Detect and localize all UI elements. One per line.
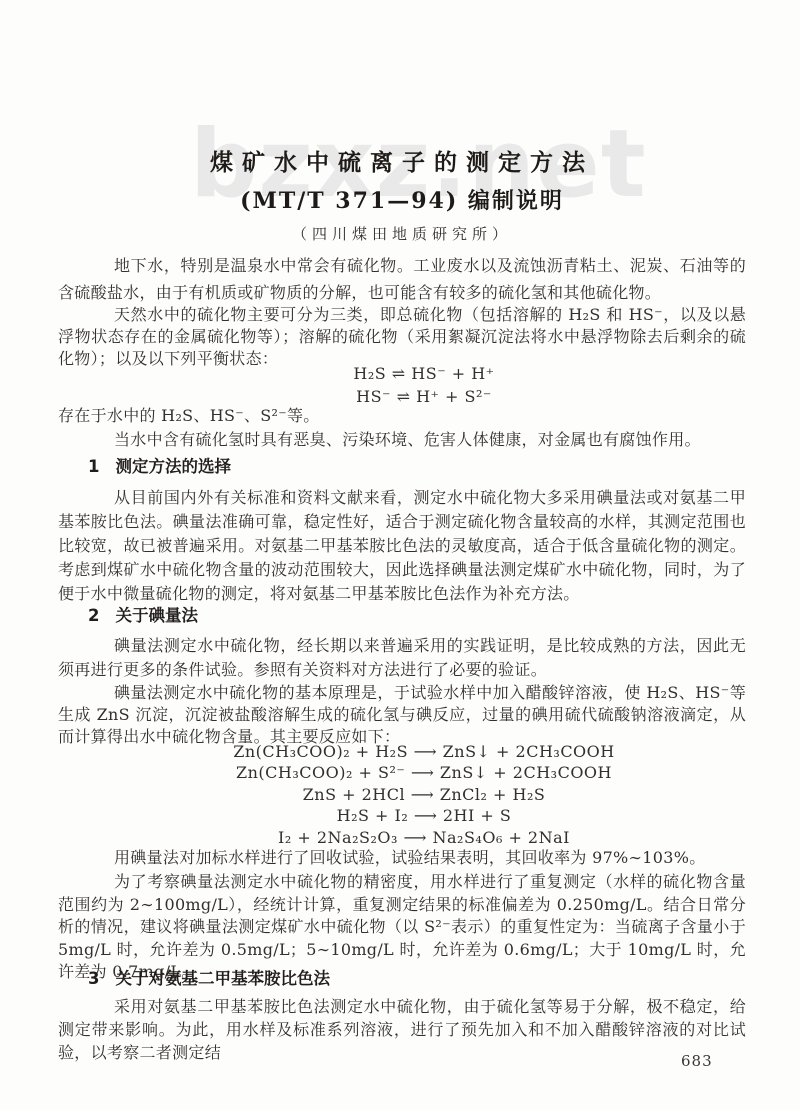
reaction-equation-4: H₂S + I₂ ⟶ 2HI + S	[80, 805, 768, 827]
document-title-line2: (MT/T 371—94) 编制说明	[58, 186, 746, 216]
reaction-equation-2: Zn(CH₃COO)₂ + S²⁻ ⟶ ZnS↓ + 2CH₃COOH	[80, 762, 768, 784]
document-page: bzxz.net 煤矿水中硫离子的测定方法 (MT/T 371—94) 编制说明…	[0, 0, 800, 1110]
document-title-line1: 煤矿水中硫离子的测定方法	[58, 148, 746, 178]
page-number: 683	[681, 1052, 713, 1070]
section-3-number: 3	[88, 967, 99, 991]
section-1-paragraph-1: 从目前国内外有关标准和资料文献来看，测定水中硫化物大多采用碘量法或对氨基二甲基苯…	[58, 486, 746, 606]
intro-paragraph-3: 存在于水中的 H₂S、HS⁻、S²⁻等。	[58, 405, 746, 427]
intro-paragraph-4: 当水中含有硫化氢时具有恶臭、污染环境、危害人体健康，对金属也有腐蚀作用。	[58, 429, 746, 451]
section-3-heading: 3关于对氨基二甲基苯胺比色法	[58, 967, 746, 991]
section-1-title: 测定方法的选择	[115, 457, 231, 476]
reaction-equation-3: ZnS + 2HCl ⟶ ZnCl₂ + H₂S	[80, 784, 768, 806]
section-2-paragraph-2: 碘量法测定水中硫化物的基本原理是，于试验水样中加入醋酸锌溶液，使 H₂S、HS⁻…	[58, 682, 746, 748]
section-1-heading: 1测定方法的选择	[58, 455, 746, 479]
equilibrium-equation-1: H₂S ⇌ HS⁻ + H⁺	[80, 363, 768, 385]
section-2-paragraph-1: 碘量法测定水中硫化物，经长期以来普遍采用的实践证明，是比较成熟的方法，因此无须再…	[58, 634, 746, 682]
section-1-number: 1	[88, 455, 99, 479]
section-2-number: 2	[88, 604, 99, 628]
section-3-title: 关于对氨基二甲基苯胺比色法	[115, 969, 330, 988]
intro-paragraph-1: 地下水，特别是温泉水中常会有硫化物。工业废水以及流蚀沥青粘土、泥炭、石油等的含硫…	[58, 252, 746, 306]
intro-paragraph-2: 天然水中的硫化物主要可分为三类，即总硫化物（包括溶解的 H₂S 和 HS⁻，以及…	[58, 304, 746, 370]
reaction-equation-5: I₂ + 2Na₂S₂O₃ ⟶ Na₂S₄O₆ + 2NaI	[80, 827, 768, 849]
section-2-title: 关于碘量法	[115, 606, 198, 625]
section-3-paragraph-1: 采用对氨基二甲基苯胺比色法测定水中硫化物，由于硫化氢等易于分解，极不稳定，给测定…	[58, 995, 746, 1064]
institute-name: （四川煤田地质研究所）	[58, 224, 746, 245]
reaction-equation-1: Zn(CH₃COO)₂ + H₂S ⟶ ZnS↓ + 2CH₃COOH	[80, 741, 768, 763]
section-2-heading: 2关于碘量法	[58, 604, 746, 628]
section-2-paragraph-3: 用碘量法对加标水样进行了回收试验，试验结果表明，其回收率为 97%∼103%。	[58, 847, 746, 869]
